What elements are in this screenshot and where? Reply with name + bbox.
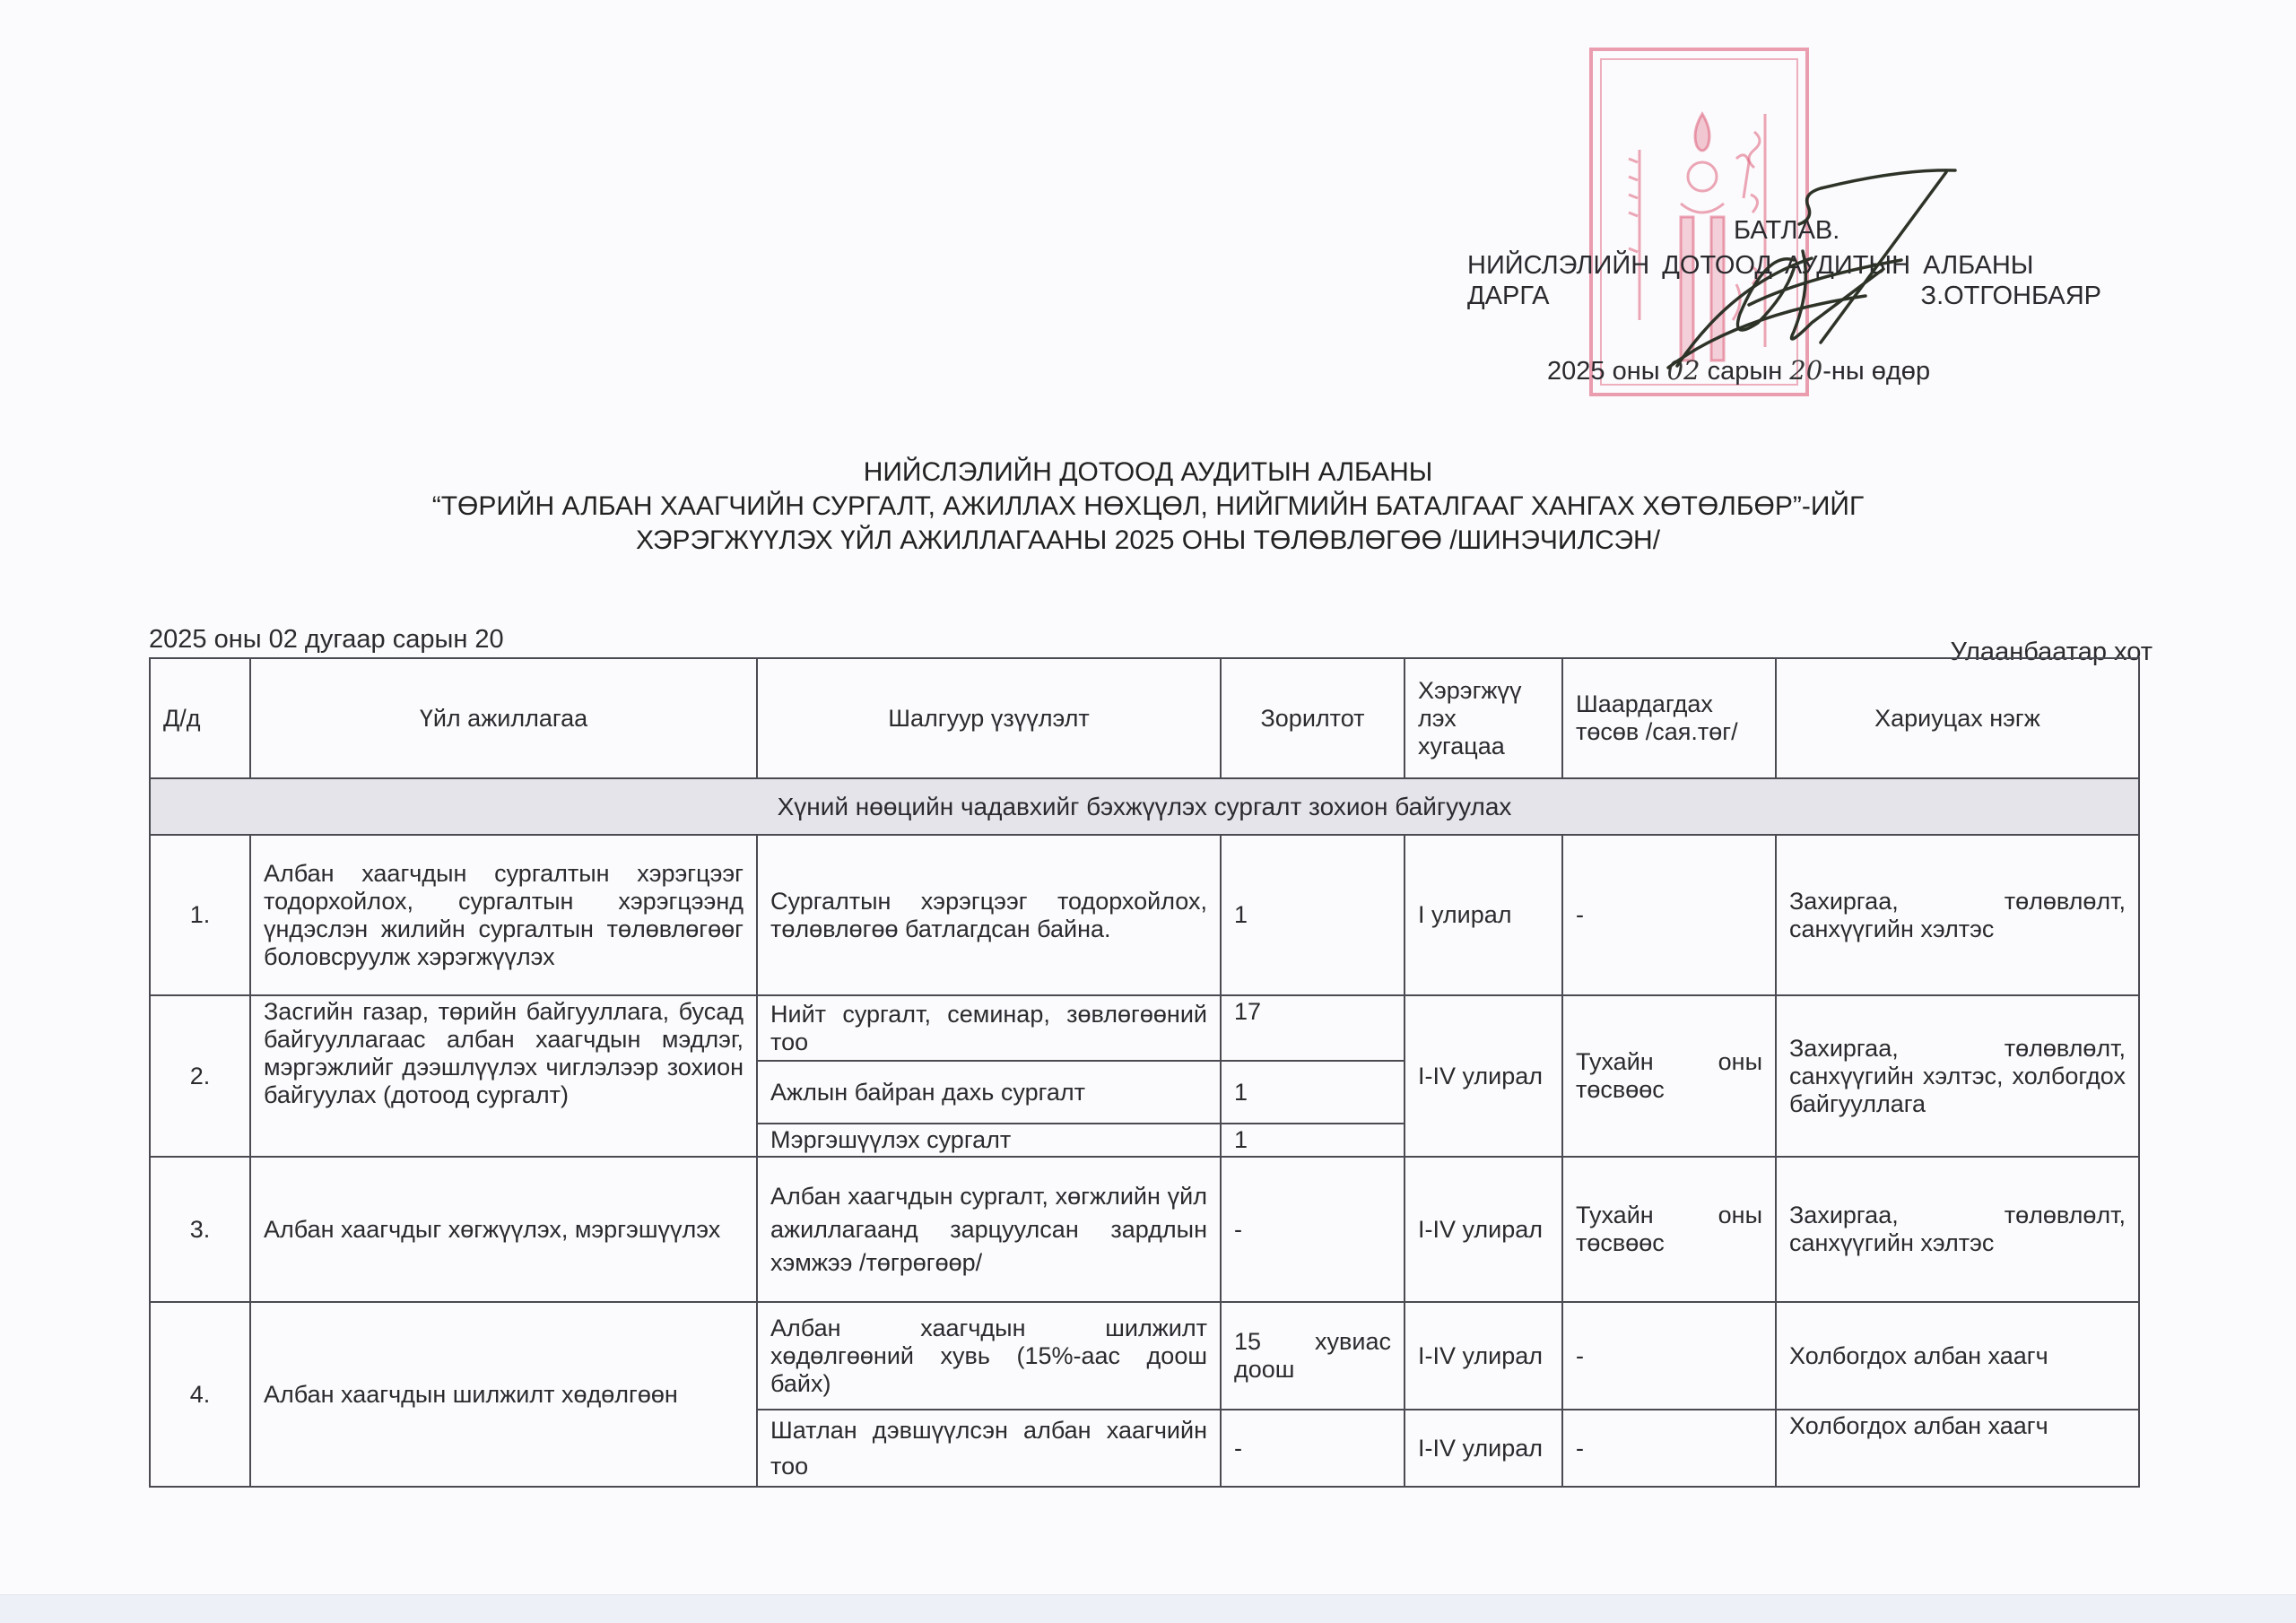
approver-name: З.ОТГОНБАЯР — [1921, 281, 2101, 311]
row-indicator: Нийт сургалт, семинар, зөвлөгөөний тоо — [757, 995, 1221, 1061]
approval-date-suffix: -ны өдөр — [1822, 357, 1930, 386]
row-responsible: Холбогдох албан хаагч — [1776, 1410, 2139, 1487]
row-responsible: Захиргаа, төлөвлөлт, санхүүгийн хэлтэс — [1776, 835, 2139, 995]
row-target: 1 — [1221, 1061, 1405, 1124]
header-budget: Шаардагдах төсөв /сая.төг/ — [1562, 658, 1776, 778]
header-responsible: Хариуцах нэгж — [1776, 658, 2139, 778]
row-indicator: Шатлан дэвшүүлсэн албан хаагчийн тоо — [757, 1410, 1221, 1487]
row-responsible: Холбогдох албан хаагч — [1776, 1302, 2139, 1410]
title-line-3: ХЭРЭГЖҮҮЛЭХ ҮЙЛ АЖИЛЛАГААНЫ 2025 ОНЫ ТӨЛ… — [0, 524, 2296, 558]
row-budget: - — [1562, 835, 1776, 995]
section-title: Хүний нөөцийн чадавхийг бэхжүүлэх сургал… — [150, 778, 2139, 835]
row-indicator: Сургалтын хэрэгцээг тодорхойлох, төлөвлө… — [757, 835, 1221, 995]
table-header-row: Д/д Үйл ажиллагаа Шалгуур үзүүлэлт Зорил… — [150, 658, 2139, 778]
approval-date-mid: сарын — [1708, 357, 1783, 386]
row-activity: Албан хаагчдын шилжилт хөдөлгөөн — [250, 1302, 757, 1487]
table-row: 4. Албан хаагчдын шилжилт хөдөлгөөн Алба… — [150, 1302, 2139, 1410]
row-budget: Тухайн оны төсвөөс — [1562, 995, 1776, 1157]
approval-label: БАТЛАВ. — [1734, 215, 1839, 246]
section-row: Хүний нөөцийн чадавхийг бэхжүүлэх сургал… — [150, 778, 2139, 835]
row-number: 4. — [150, 1302, 250, 1487]
page-bottom-edge — [0, 1594, 2296, 1623]
table-row: 3. Албан хаагчдыг хөгжүүлэх, мэргэшүүлэх… — [150, 1157, 2139, 1302]
row-deadline: I-IV улирал — [1405, 995, 1562, 1157]
row-activity: Засгийн газар, төрийн байгууллага, бусад… — [250, 995, 757, 1157]
approver-position: ДАРГА — [1467, 281, 1549, 311]
row-indicator: Ажлын байран дахь сургалт — [757, 1061, 1221, 1124]
row-responsible: Захиргаа, төлөвлөлт, санхүүгийн хэлтэс, … — [1776, 995, 2139, 1157]
table-row: 2. Засгийн газар, төрийн байгууллага, бу… — [150, 995, 2139, 1061]
table-row: 1. Албан хаагчдын сургалтын хэрэгцээг то… — [150, 835, 2139, 995]
approval-date: 2025 оны 02 сарын 20-ны өдөр — [1547, 355, 1930, 386]
row-number: 1. — [150, 835, 250, 995]
row-target: - — [1221, 1410, 1405, 1487]
row-target: - — [1221, 1157, 1405, 1302]
row-activity: Албан хаагчдын сургалтын хэрэгцээг тодор… — [250, 835, 757, 995]
document-date: 2025 оны 02 дугаар сарын 20 — [149, 625, 504, 655]
header-indicator: Шалгуур үзүүлэлт — [757, 658, 1221, 778]
row-target: 1 — [1221, 1124, 1405, 1157]
approval-date-day: 20 — [1789, 355, 1822, 386]
row-target: 15 хувиас доош — [1221, 1302, 1405, 1410]
header-activity: Үйл ажиллагаа — [250, 658, 757, 778]
plan-table: Д/д Үйл ажиллагаа Шалгуур үзүүлэлт Зорил… — [149, 657, 2140, 1488]
document-title: НИЙСЛЭЛИЙН ДОТООД АУДИТЫН АЛБАНЫ “ТӨРИЙН… — [0, 456, 2296, 558]
row-deadline: I-IV улирал — [1405, 1410, 1562, 1487]
row-budget: - — [1562, 1302, 1776, 1410]
header-target: Зорилтот — [1221, 658, 1405, 778]
row-target: 17 — [1221, 995, 1405, 1061]
row-deadline: I-IV улирал — [1405, 1302, 1562, 1410]
title-line-2: “ТӨРИЙН АЛБАН ХААГЧИЙН СУРГАЛТ, АЖИЛЛАХ … — [0, 490, 2296, 524]
row-budget: Тухайн оны төсвөөс — [1562, 1157, 1776, 1302]
row-responsible: Захиргаа, төлөвлөлт, санхүүгийн хэлтэс — [1776, 1157, 2139, 1302]
approver-organization: НИЙСЛЭЛИЙН ДОТООД АУДИТЫН АЛБАНЫ — [1467, 250, 2033, 281]
row-indicator: Албан хаагчдын шилжилт хөдөлгөөний хувь … — [757, 1302, 1221, 1410]
row-activity: Албан хаагчдыг хөгжүүлэх, мэргэшүүлэх — [250, 1157, 757, 1302]
row-number: 2. — [150, 995, 250, 1157]
title-line-1: НИЙСЛЭЛИЙН ДОТООД АУДИТЫН АЛБАНЫ — [0, 456, 2296, 490]
row-target: 1 — [1221, 835, 1405, 995]
approval-date-year: 2025 оны — [1547, 357, 1660, 386]
row-budget: - — [1562, 1410, 1776, 1487]
header-deadline: Хэрэгжүү лэх хугацаа — [1405, 658, 1562, 778]
row-deadline: I улирал — [1405, 835, 1562, 995]
row-deadline: I-IV улирал — [1405, 1157, 1562, 1302]
row-number: 3. — [150, 1157, 250, 1302]
header-no: Д/д — [150, 658, 250, 778]
row-indicator: Албан хаагчдын сургалт, хөгжлийн үйл ажи… — [757, 1157, 1221, 1302]
row-indicator: Мэргэшүүлэх сургалт — [757, 1124, 1221, 1157]
approval-date-month: 02 — [1667, 355, 1700, 386]
